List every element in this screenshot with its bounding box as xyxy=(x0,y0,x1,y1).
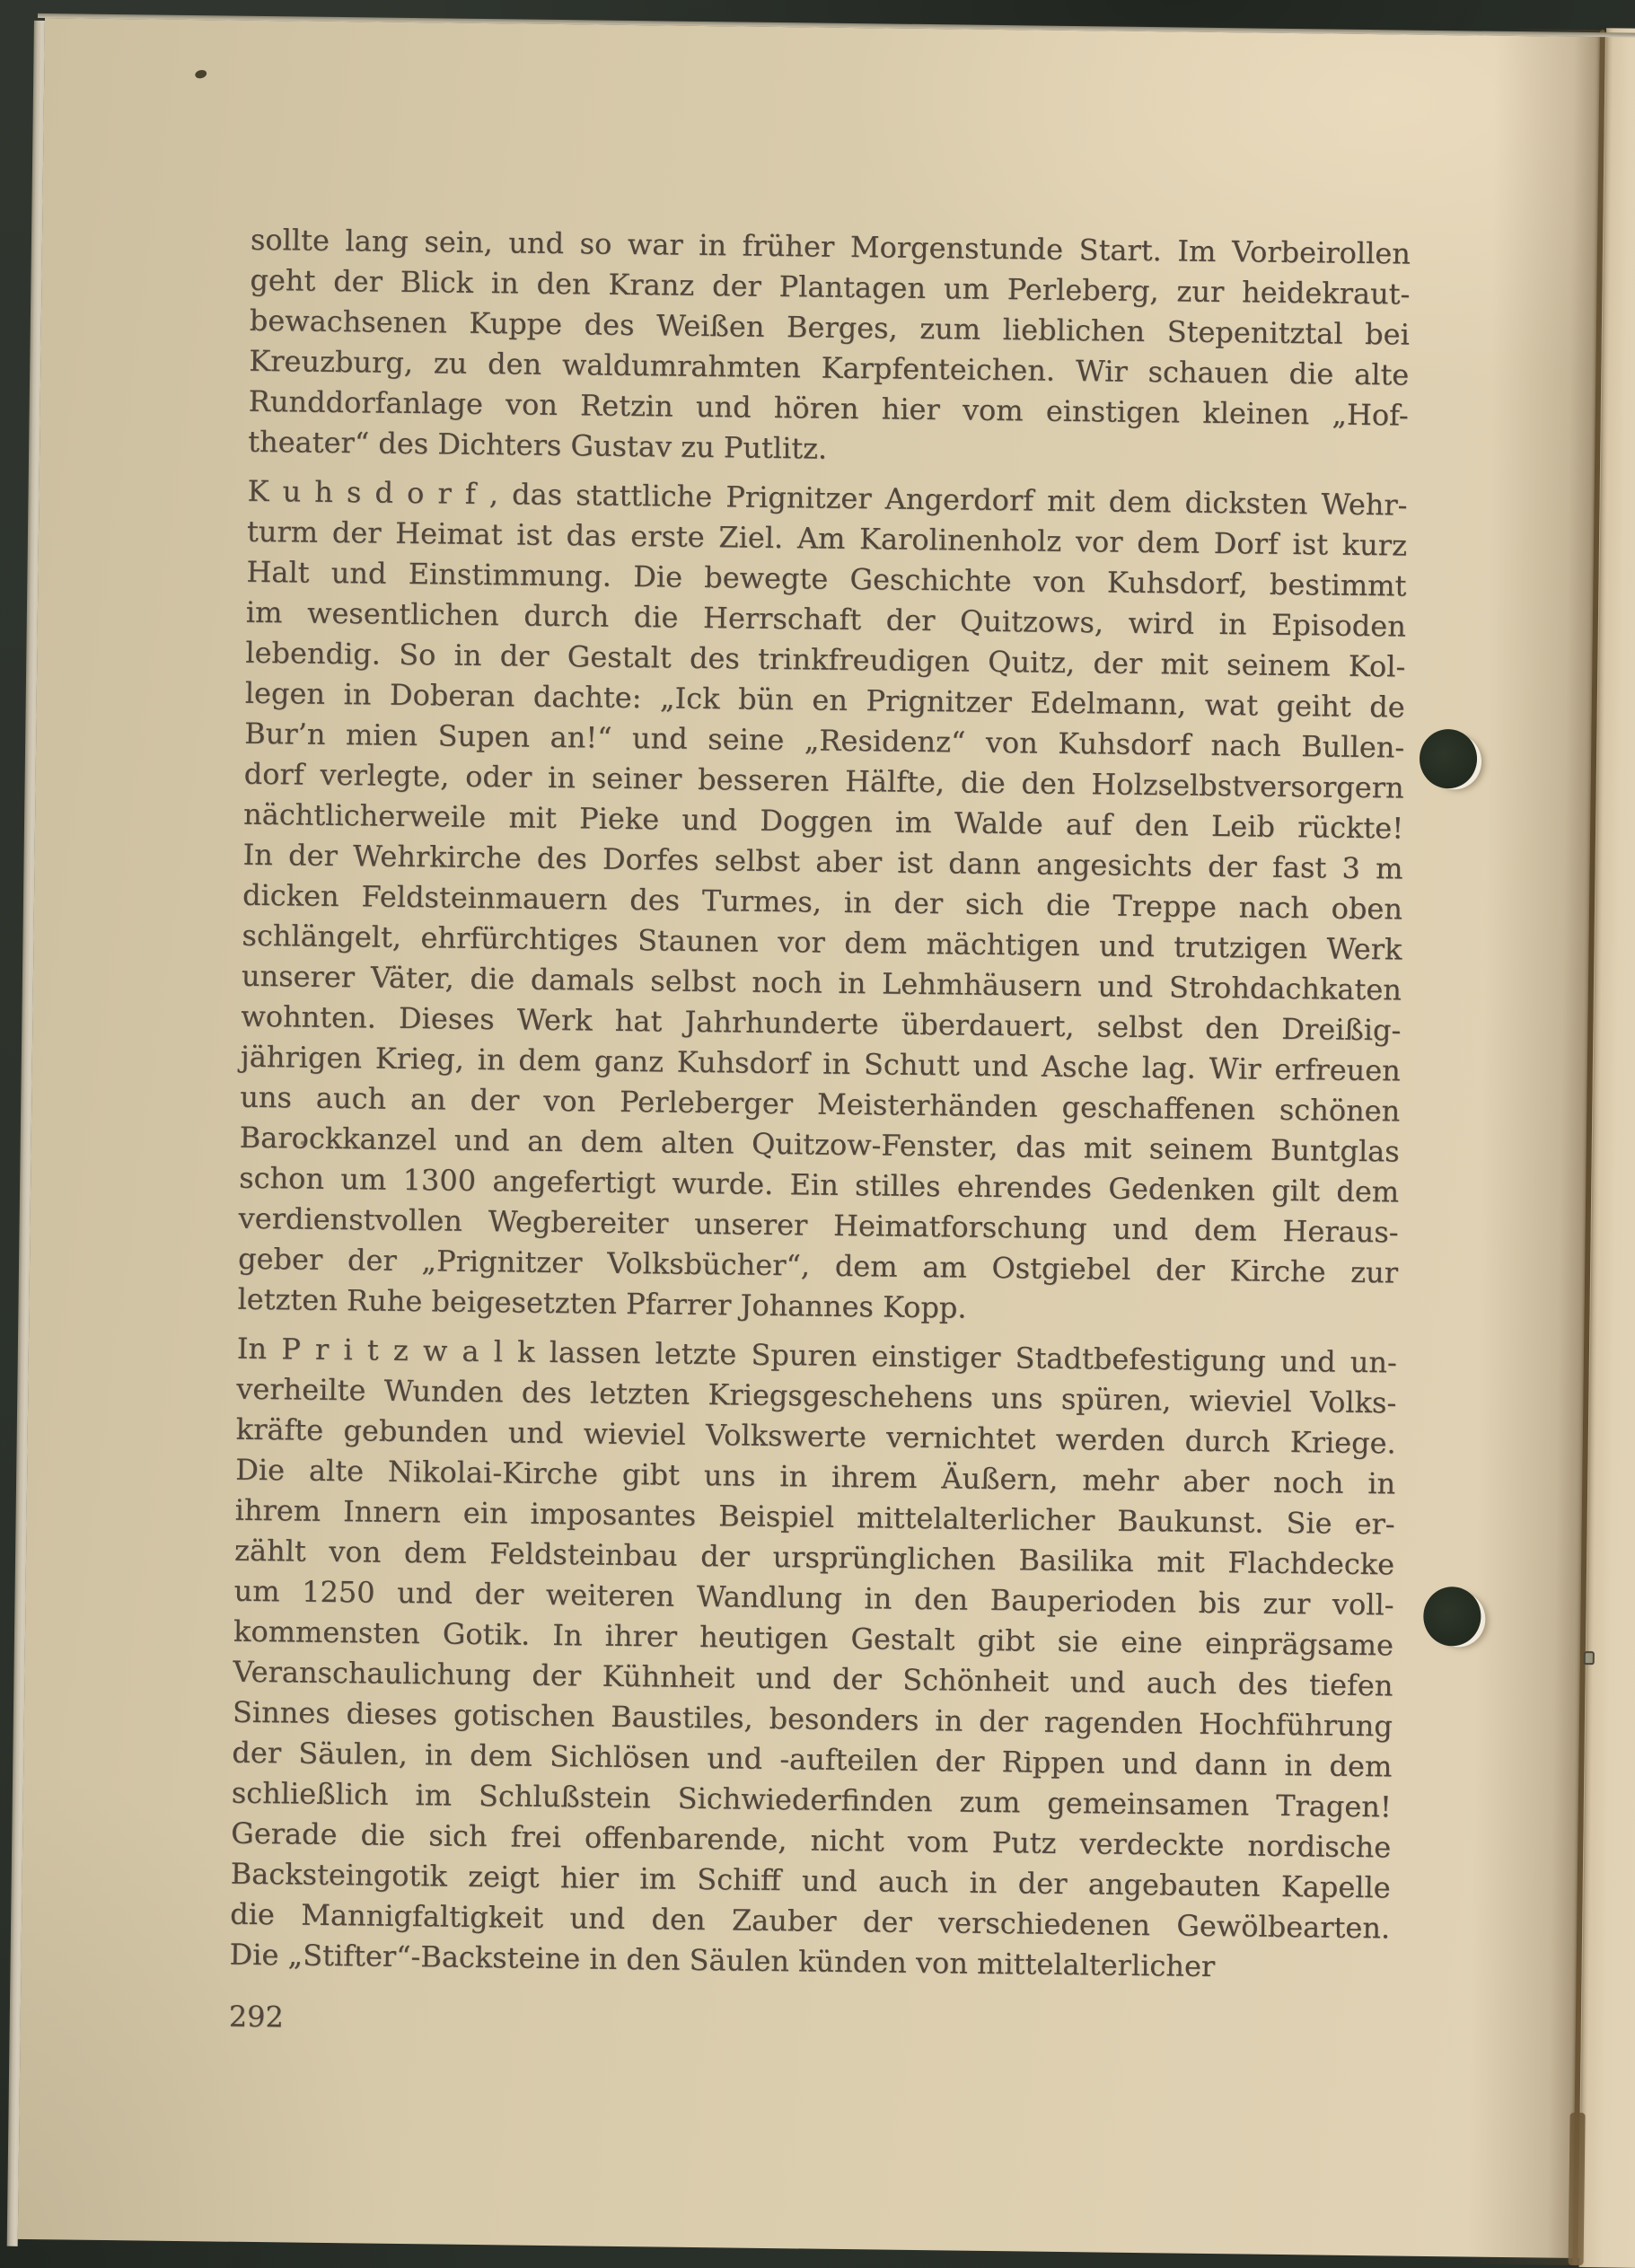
paper-speck xyxy=(301,1141,306,1146)
paragraph-kuhsdorf: K u h s d o r f , das stattliche Prignit… xyxy=(237,471,1407,1334)
binding-crease-foot xyxy=(1569,2113,1586,2265)
paper-speck xyxy=(194,69,207,80)
binding-staple xyxy=(1584,1651,1595,1665)
text-block: sollte lang sein, und so war in früher M… xyxy=(229,220,1411,2052)
book-page: sollte lang sein, und so war in früher M… xyxy=(18,18,1635,2260)
scan-background: sollte lang sein, und so war in früher M… xyxy=(0,0,1635,2268)
paragraph-intro: sollte lang sein, und so war in früher M… xyxy=(248,220,1411,477)
page-number: 292 xyxy=(229,1997,1389,2052)
paragraph-pritzwalk: In P r i t z w a l k lassen letzte Spure… xyxy=(229,1329,1397,1990)
punch-hole-bottom xyxy=(1423,1587,1481,1647)
punch-hole-top xyxy=(1420,729,1478,789)
